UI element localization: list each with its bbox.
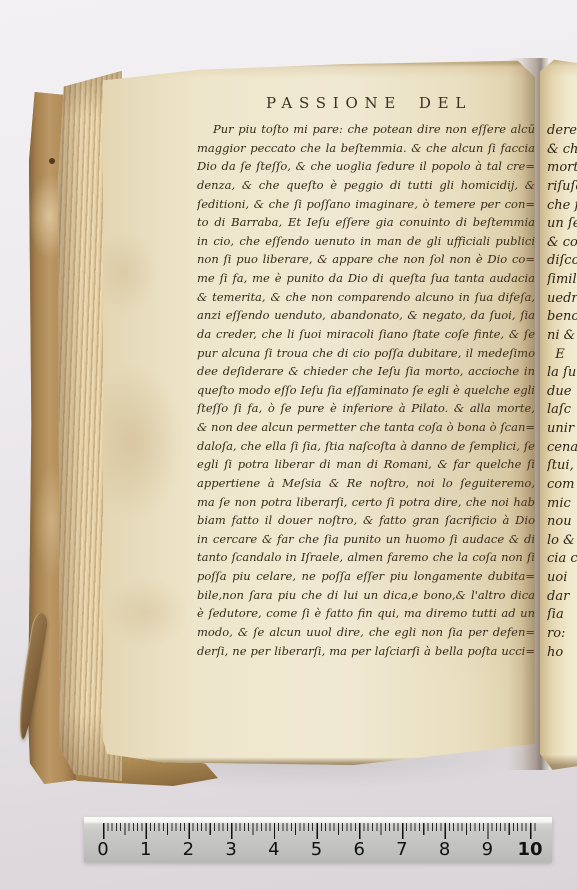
text-fragment: dere, xyxy=(547,122,577,141)
text-fragment: E xyxy=(547,346,577,365)
text-fragment: ni & xyxy=(547,327,577,346)
text-line: to di Barraba, Et Ieſu eſſere gia conuin… xyxy=(197,213,535,232)
text-line: dee deſiderare & chieder che Ieſu ſia mo… xyxy=(197,362,535,381)
text-line: maggior peccato che la beſtemmia. & che … xyxy=(197,139,535,158)
text-fragment: uedra xyxy=(547,290,577,309)
book-photograph-scene: PASSIONE DEL Pur piu toſto mi pare: che … xyxy=(0,0,577,890)
text-line: anzi eſſendo uenduto, abandonato, & nega… xyxy=(197,306,535,325)
text-fragment: & ch xyxy=(547,141,577,160)
left-page: PASSIONE DEL Pur piu toſto mi pare: che … xyxy=(103,60,535,768)
text-line: egli ſi potra liberar di man di Romani, … xyxy=(197,455,535,474)
text-fragment: che ſe xyxy=(547,197,577,216)
right-page: dere,& chmorteriſuſcche ſeun ſec& codiſc… xyxy=(540,56,577,772)
text-line: & non dee alcun permetter che tanta coſa… xyxy=(197,418,535,437)
text-fragment: diſcor xyxy=(547,252,577,271)
text-fragment: ſtui, xyxy=(547,457,577,476)
text-fragment: un ſec xyxy=(547,215,577,234)
right-page-text-fragments: dere,& chmorteriſuſcche ſeun ſec& codiſc… xyxy=(547,122,577,662)
text-fragment: riſuſc xyxy=(547,178,577,197)
ruler-number: 8 xyxy=(439,839,450,860)
text-fragment: unir xyxy=(547,420,577,439)
text-line: modo, & ſe alcun uuol dire, che egli non… xyxy=(197,623,535,642)
text-line: me ſi fa, me è punito da Dio di queſta ſ… xyxy=(197,269,535,288)
ruler-number: 4 xyxy=(268,839,279,860)
text-fragment: morte xyxy=(547,159,577,178)
ruler-number: 7 xyxy=(396,839,407,860)
text-line: Pur piu toſto mi pare: che potean dire n… xyxy=(197,120,535,139)
text-fragment: la ſu xyxy=(547,364,577,383)
text-fragment: ro: xyxy=(547,625,577,644)
text-fragment: nou xyxy=(547,513,577,532)
text-line: in cio, che eſſendo uenuto in man de gli… xyxy=(197,232,535,251)
text-line: ſteſſo ſi fa, ò ſe pure è inferiore à Pi… xyxy=(197,399,535,418)
ruler-number: 0 xyxy=(97,839,108,860)
ruler-number: 9 xyxy=(482,839,493,860)
text-line: daloſa, che ella ſi ſia, ſtia naſcoſta à… xyxy=(197,437,535,456)
text-line: biam fatto il douer noſtro, & fatto gran… xyxy=(197,511,535,530)
text-line: Dio da ſe ſteſſo, & che uoglia ſedure il… xyxy=(197,157,535,176)
text-line: è ſedutore, come ſi è fatto fin qui, ma … xyxy=(197,604,535,623)
text-fragment: ſimil xyxy=(547,271,577,290)
text-fragment: mic xyxy=(547,495,577,514)
text-line: in cercare & far che ſia punito un huomo… xyxy=(197,530,535,549)
ruler-number: 6 xyxy=(353,839,364,860)
ruler-number: 3 xyxy=(225,839,236,860)
text-fragment: uoi xyxy=(547,569,577,588)
text-line: poſſa piu celare, ne poſſa eſſer piu lon… xyxy=(197,567,535,586)
text-fragment: cena xyxy=(547,439,577,458)
text-line: tanto ſcandalo in Iſraele, almen faremo … xyxy=(197,548,535,567)
page-text-block: Pur piu toſto mi pare: che potean dire n… xyxy=(197,120,535,680)
text-fragment: due xyxy=(547,383,577,402)
text-line: bile,non ſara piu che di lui un dica,e b… xyxy=(197,586,535,605)
text-line: derſi, ne per liberarſi, ma per laſciarſ… xyxy=(197,642,535,661)
ruler-number: 10 xyxy=(517,839,542,860)
text-line: & temerita, & che non comparendo alcuno … xyxy=(197,288,535,307)
text-line: queſto modo eſſo Ieſu ſia eſſaminato ſe … xyxy=(197,381,535,400)
centimeter-ruler: 012345678910 xyxy=(84,817,552,862)
cover-stain-dot xyxy=(49,158,55,164)
running-header: PASSIONE DEL xyxy=(199,94,539,112)
text-fragment: com xyxy=(547,476,577,495)
ruler-number: 5 xyxy=(311,839,322,860)
text-fragment: dar xyxy=(547,588,577,607)
text-line: pur alcuna ſi troua che di cio poſſa dub… xyxy=(197,344,535,363)
text-fragment: laſc xyxy=(547,401,577,420)
text-fragment: ſia xyxy=(547,606,577,625)
text-line: appertiene à Meſsia & Re noſtro, noi lo … xyxy=(197,474,535,493)
text-fragment: & co xyxy=(547,234,577,253)
text-line: ſeditioni, & che ſi poſſano imaginare, ò… xyxy=(197,195,535,214)
text-line: denza, & che queſto è peggio di tutti gl… xyxy=(197,176,535,195)
text-fragment: cia c xyxy=(547,550,577,569)
text-line: da creder, che li ſuoi miracoli ſiano ſt… xyxy=(197,325,535,344)
text-line: ma ſe non potra liberarſi, certo ſi potr… xyxy=(197,493,535,512)
ruler-number: 1 xyxy=(140,839,151,860)
text-fragment: bench xyxy=(547,308,577,327)
ruler-number: 2 xyxy=(183,839,194,860)
text-fragment: lo & xyxy=(547,532,577,551)
ruler-centimeter-ticks xyxy=(103,823,537,839)
text-fragment: ho xyxy=(547,644,577,663)
text-line: non ſi puo liberare, & appare che non ſo… xyxy=(197,250,535,269)
